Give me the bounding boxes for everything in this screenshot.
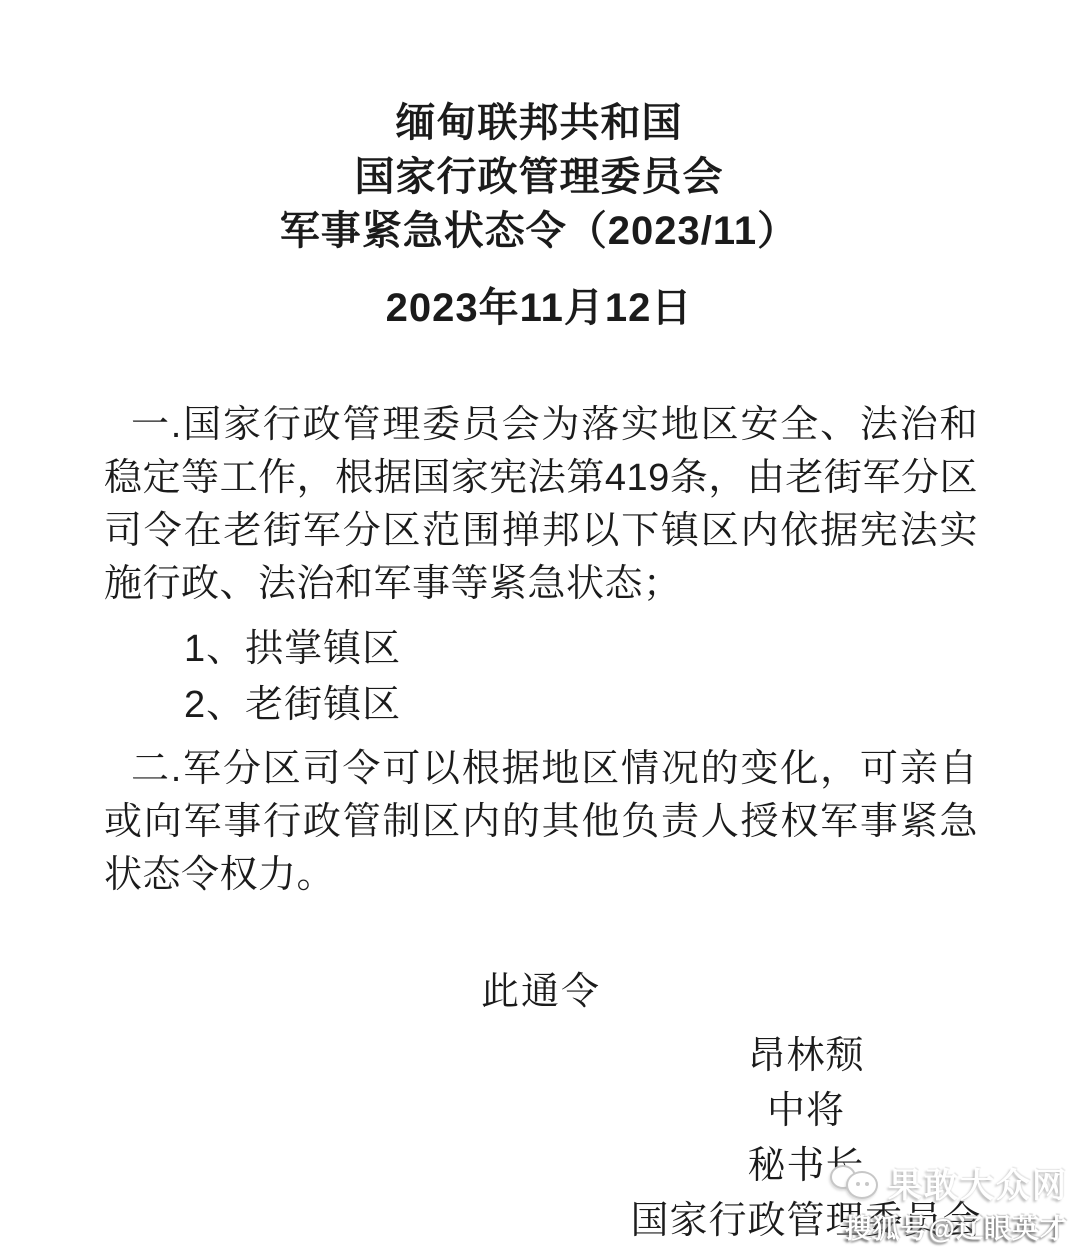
document-body: 一.国家行政管理委员会为落实地区安全、法治和稳定等工作，根据国家宪法第419条，… bbox=[104, 399, 978, 1015]
title-council: 国家行政管理委员会 bbox=[0, 150, 1078, 204]
bubble-right bbox=[846, 1171, 878, 1199]
watermark: 果敢大众网 搜狐号@辽眼英才 bbox=[828, 1158, 1068, 1246]
township-list: 1、拱掌镇区 2、老街镇区 bbox=[104, 621, 978, 733]
title-country: 缅甸联邦共和国 bbox=[0, 96, 1078, 150]
paragraph-two: 二.军分区司令可以根据地区情况的变化，可亲自或向军事行政管制区内的其他负责人授权… bbox=[104, 743, 978, 902]
watermark-site-line: 果敢大众网 bbox=[828, 1158, 1068, 1207]
document-date: 2023年11月12日 bbox=[0, 276, 1078, 333]
list-item-township-2: 2、老街镇区 bbox=[104, 677, 978, 733]
document-page: 缅甸联邦共和国 国家行政管理委员会 军事紧急状态令（2023/11） 2023年… bbox=[0, 0, 1078, 1254]
signatory-rank: 中将 bbox=[596, 1084, 1016, 1139]
paragraph-one: 一.国家行政管理委员会为落实地区安全、法治和稳定等工作，根据国家宪法第419条，… bbox=[104, 399, 978, 611]
watermark-account: 搜狐号@辽眼英才 bbox=[828, 1207, 1068, 1246]
closing-phrase: 此通令 bbox=[104, 960, 978, 1015]
document-header: 缅甸联邦共和国 国家行政管理委员会 军事紧急状态令（2023/11） 2023年… bbox=[0, 0, 1078, 333]
list-item-township-1: 1、拱掌镇区 bbox=[104, 621, 978, 677]
signatory-name: 昂林颓 bbox=[596, 1029, 1016, 1084]
chat-bubbles-icon bbox=[828, 1161, 882, 1205]
watermark-site-name: 果敢大众网 bbox=[888, 1158, 1068, 1207]
title-order: 军事紧急状态令（2023/11） bbox=[0, 204, 1078, 258]
